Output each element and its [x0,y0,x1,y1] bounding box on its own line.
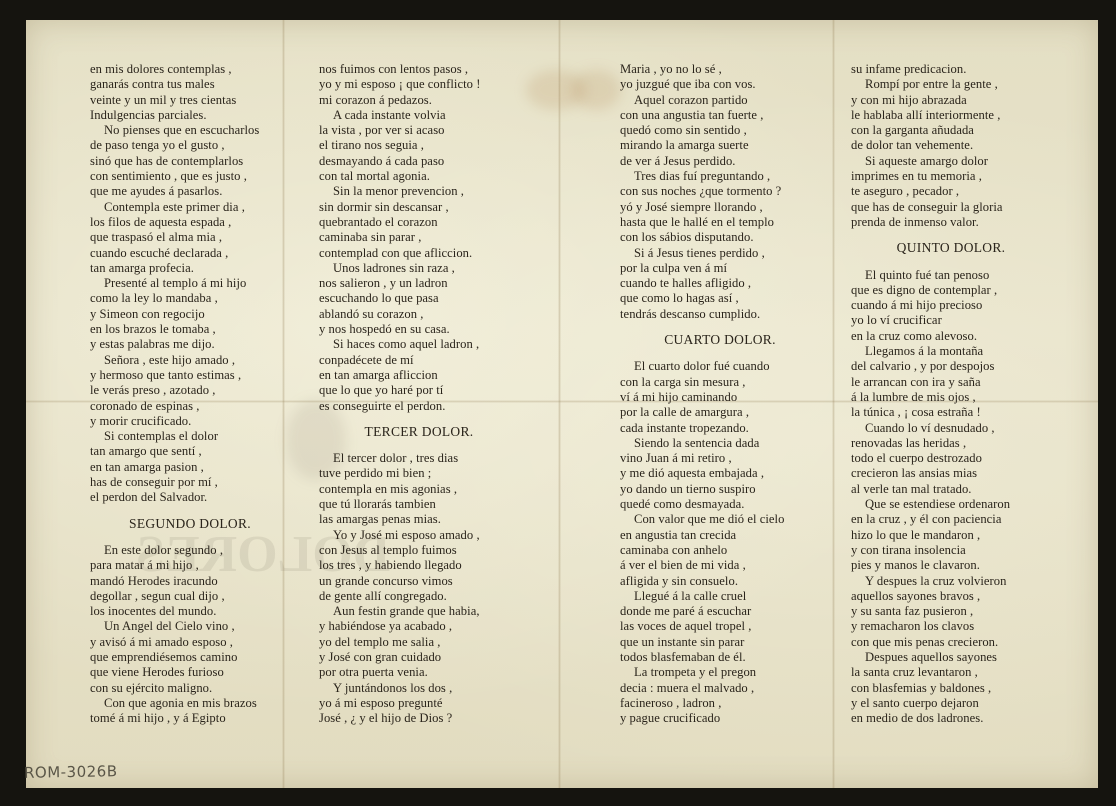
verse-line: Un Angel del Cielo vino , [90,619,290,634]
verse-line: tuve perdido mi bien ; [319,466,519,481]
verse-line: de gente allí congregado. [319,589,519,604]
verse-line: todos blasfemaban de él. [620,650,820,665]
verse-line: has de conseguir por mí , [90,475,290,490]
verse-line: Yo y José mi esposo amado , [319,528,519,543]
verse-line: No pienses que en escucharlos [90,123,290,138]
verse-line: decia : muera el malvado , [620,681,820,696]
verse-line: te aseguro , pecador , [851,184,1051,199]
verse-line: yo dando un tierno suspiro [620,482,820,497]
verse-line: que lo que yo haré por tí [319,383,519,398]
verse-line: cuando te halles afligido , [620,276,820,291]
verse-line: ví á mi hijo caminando [620,390,820,405]
text-column-4: su infame predicacion.Rompí por entre la… [851,62,1051,726]
verse-line: Aquel corazon partido [620,93,820,108]
verse-line: y morir crucificado. [90,414,290,429]
verse-line: Y despues la cruz volvieron [851,574,1051,589]
verse-line: crecieron las ansias mias [851,466,1051,481]
verse-line: con sus noches ¿que tormento ? [620,184,820,199]
verse-line: que como lo hagas así , [620,291,820,306]
verse-line: quedé como desmayada. [620,497,820,512]
verse-line: nos fuimos con lentos pasos , [319,62,519,77]
verse-line: Aun festin grande que habia, [319,604,519,619]
verse-line: y el santo cuerpo dejaron [851,696,1051,711]
verse-line: con una angustia tan fuerte , [620,108,820,123]
verse-line: yo lo ví crucificar [851,313,1051,328]
verse-line: Cuando lo ví desnudado , [851,421,1051,436]
verse-line: en la cruz como alevoso. [851,329,1051,344]
verse-line: yó y José siempre llorando , [620,200,820,215]
verse-line: Con valor que me dió el cielo [620,512,820,527]
verse-line: ganarás contra tus males [90,77,290,92]
verse-line: mi corazon á pedazos. [319,93,519,108]
verse-line: y con mi hijo abrazada [851,93,1051,108]
verse-line: todo el cuerpo destrozado [851,451,1051,466]
verse-line: sinó que has de contemplarlos [90,154,290,169]
verse-line: y José con gran cuidado [319,650,519,665]
verse-line: la santa cruz levantaron , [851,665,1051,680]
verse-line: Indulgencias parciales. [90,108,290,123]
verse-line: renovadas las heridas , [851,436,1051,451]
verse-line: Presenté al templo á mi hijo [90,276,290,291]
verse-line: yo á mi esposo pregunté [319,696,519,711]
verse-line: En este dolor segundo , [90,543,290,558]
verse-line: que es digno de contemplar , [851,283,1051,298]
verse-line: la túnica , ¡ cosa estraña ! [851,405,1051,420]
verse-line: con blasfemias y baldones , [851,681,1051,696]
verse-line: Si á Jesus tienes perdido , [620,246,820,261]
verse-line: que viene Herodes furioso [90,665,290,680]
verse-line: que emprendiésemos camino [90,650,290,665]
verse-line: y remacharon los clavos [851,619,1051,634]
verse-line: al verle tan mal tratado. [851,482,1051,497]
verse-line: que un instante sin parar [620,635,820,650]
verse-line: quebrantado el corazon [319,215,519,230]
stain [571,70,621,110]
verse-line: donde me paré á escuchar [620,604,820,619]
verse-line: con sentimiento , que es justo , [90,169,290,184]
verse-line: en la cruz , y él con paciencia [851,512,1051,527]
verse-line: Con que agonia en mis brazos [90,696,290,711]
verse-line: en tan amarga afliccion [319,368,519,383]
verse-line: y estas palabras me dijo. [90,337,290,352]
verse-line: en angustia tan crecida [620,528,820,543]
verse-line: los inocentes del mundo. [90,604,290,619]
verse-line: tendrás descanso cumplido. [620,307,820,322]
verse-line: José , ¿ y el hijo de Dios ? [319,711,519,726]
verse-line: de ver á Jesus perdido. [620,154,820,169]
verse-line: desmayando á cada paso [319,154,519,169]
verse-line: en medio de dos ladrones. [851,711,1051,726]
verse-line: mandó Herodes iracundo [90,574,290,589]
section-heading: QUINTO DOLOR. [851,240,1051,255]
verse-line: y hermoso que tanto estimas , [90,368,290,383]
fold-line [832,20,835,788]
verse-line: afligida y sin consuelo. [620,574,820,589]
verse-line: un grande concurso vimos [319,574,519,589]
verse-line: conpadécete de mí [319,353,519,368]
verse-line: las voces de aquel tropel , [620,619,820,634]
verse-line: con la garganta añudada [851,123,1051,138]
center-fold-line [558,20,561,788]
verse-line: cada instante tropezando. [620,421,820,436]
verse-line: á ver el bien de mi vida , [620,558,820,573]
verse-line: tan amarga profecia. [90,261,290,276]
verse-line: como la ley lo mandaba , [90,291,290,306]
verse-line: Señora , este hijo amado , [90,353,290,368]
verse-line: con la carga sin mesura , [620,375,820,390]
verse-line: vino Juan á mi retiro , [620,451,820,466]
verse-line: Sin la menor prevencion , [319,184,519,199]
verse-line: las amargas penas mias. [319,512,519,527]
text-column-2: nos fuimos con lentos pasos ,yo y mi esp… [319,62,519,726]
verse-line: que traspasó el alma mia , [90,230,290,245]
verse-line: Si haces como aquel ladron , [319,337,519,352]
verse-line: y avisó á mi amado esposo , [90,635,290,650]
verse-line: cuando á mi hijo precioso [851,298,1051,313]
text-column-1: en mis dolores contemplas ,ganarás contr… [90,62,290,726]
verse-line: ablandó su corazon , [319,307,519,322]
section-heading: CUARTO DOLOR. [620,332,820,347]
verse-line: degollar , segun cual dijo , [90,589,290,604]
verse-line: Maria , yo no lo sé , [620,62,820,77]
verse-line: el tirano nos seguia , [319,138,519,153]
verse-line: para matar á mi hijo , [90,558,290,573]
verse-line: yo del templo me salia , [319,635,519,650]
verse-line: contempla en mis agonias , [319,482,519,497]
verse-line: en tan amarga pasion , [90,460,290,475]
verse-line: imprimes en tu memoria , [851,169,1051,184]
verse-line: tan amargo que sentí , [90,444,290,459]
verse-line: le hablaba allí interiormente , [851,108,1051,123]
catalog-label: ROM-3026B [24,762,118,782]
verse-line: por la calle de amargura , [620,405,820,420]
verse-line: los tres , y habiendo llegado [319,558,519,573]
verse-line: yo juzgué que iba con vos. [620,77,820,92]
verse-line: y habiéndose ya acabado , [319,619,519,634]
verse-line: mirando la amarga suerte [620,138,820,153]
verse-line: aquellos sayones bravos , [851,589,1051,604]
verse-line: con Jesus al templo fuimos [319,543,519,558]
verse-line: con su ejército maligno. [90,681,290,696]
verse-line: caminaba con anhelo [620,543,820,558]
verse-line: á la lumbre de mis ojos , [851,390,1051,405]
verse-line: de dolor tan vehemente. [851,138,1051,153]
verse-line: facineroso , ladron , [620,696,820,711]
verse-line: del calvario , y por despojos [851,359,1051,374]
verse-line: quedó como sin sentido , [620,123,820,138]
verse-line: tomé á mi hijo , y á Egipto [90,711,290,726]
verse-line: coronado de espinas , [90,399,290,414]
verse-line: Despues aquellos sayones [851,650,1051,665]
verse-line: Contempla este primer dia , [90,200,290,215]
verse-line: el perdon del Salvador. [90,490,290,505]
verse-line: El cuarto dolor fué cuando [620,359,820,374]
section-heading: SEGUNDO DOLOR. [90,516,290,531]
verse-line: sin dormir sin descansar , [319,200,519,215]
verse-line: escuchando lo que pasa [319,291,519,306]
verse-line: con tal mortal agonia. [319,169,519,184]
verse-line: que tú llorarás tambien [319,497,519,512]
verse-line: de paso tenga yo el gusto , [90,138,290,153]
verse-line: por la culpa ven á mí [620,261,820,276]
verse-line: le arrancan con ira y saña [851,375,1051,390]
verse-line: El tercer dolor , tres dias [319,451,519,466]
verse-line: los filos de aquesta espada , [90,215,290,230]
verse-line: y Simeon con regocijo [90,307,290,322]
verse-line: Llegué á la calle cruel [620,589,820,604]
verse-line: en los brazos le tomaba , [90,322,290,337]
verse-line: por otra puerta venia. [319,665,519,680]
scanned-document: DOLORES en mis dolores contemplas ,ganar… [0,0,1116,806]
verse-line: con que mis penas crecieron. [851,635,1051,650]
verse-line: Rompí por entre la gente , [851,77,1051,92]
verse-line: hizo lo que le mandaron , [851,528,1051,543]
verse-line: en mis dolores contemplas , [90,62,290,77]
verse-line: A cada instante volvia [319,108,519,123]
verse-line: y nos hospedó en su casa. [319,322,519,337]
verse-line: El quinto fué tan penoso [851,268,1051,283]
verse-line: nos salieron , y un ladron [319,276,519,291]
verse-line: con los sábios disputando. [620,230,820,245]
verse-line: cuando escuché declarada , [90,246,290,261]
verse-line: yo y mi esposo ¡ que conflicto ! [319,77,519,92]
verse-line: hasta que le hallé en el templo [620,215,820,230]
verse-line: que me ayudes á pasarlos. [90,184,290,199]
verse-line: veinte y un mil y tres cientas [90,93,290,108]
verse-line: Tres dias fuí preguntando , [620,169,820,184]
verse-line: pies y manos le clavaron. [851,558,1051,573]
verse-line: Que se estendiese ordenaron [851,497,1051,512]
verse-line: Si contemplas el dolor [90,429,290,444]
verse-line: contemplad con que afliccion. [319,246,519,261]
text-column-3: Maria , yo no lo sé ,yo juzgué que iba c… [620,62,820,726]
verse-line: y con tirana insolencia [851,543,1051,558]
verse-line: Unos ladrones sin raza , [319,261,519,276]
verse-line: prenda de inmenso valor. [851,215,1051,230]
verse-line: y pague crucificado [620,711,820,726]
verse-line: caminaba sin parar , [319,230,519,245]
verse-line: y su santa faz pusieron , [851,604,1051,619]
verse-line: su infame predicacion. [851,62,1051,77]
verse-line: es conseguirte el perdon. [319,399,519,414]
verse-line: y me dió aquesta embajada , [620,466,820,481]
verse-line: La trompeta y el pregon [620,665,820,680]
verse-line: Siendo la sentencia dada [620,436,820,451]
verse-line: Y juntándonos los dos , [319,681,519,696]
section-heading: TERCER DOLOR. [319,424,519,439]
verse-line: le verás preso , azotado , [90,383,290,398]
verse-line: la vista , por ver si acaso [319,123,519,138]
verse-line: Si aqueste amargo dolor [851,154,1051,169]
verse-line: Llegamos á la montaña [851,344,1051,359]
verse-line: que has de conseguir la gloria [851,200,1051,215]
